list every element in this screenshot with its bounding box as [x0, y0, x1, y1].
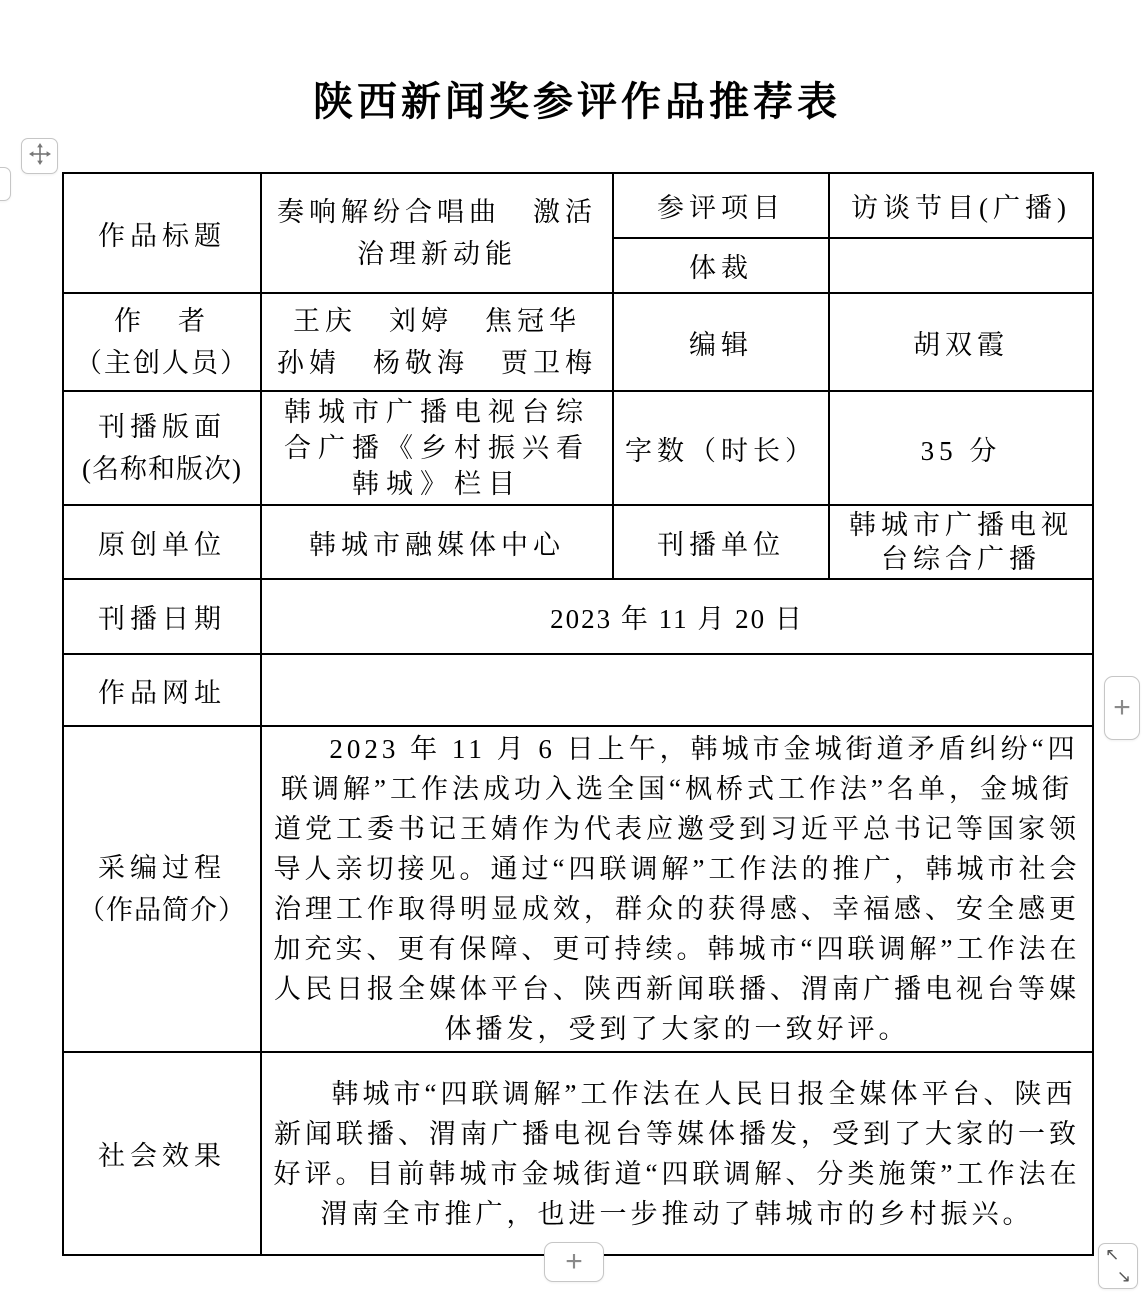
add-column-button[interactable]: +: [1104, 676, 1140, 740]
cell-label-publish-unit[interactable]: 刊播单位: [613, 505, 829, 579]
author-value-line2: 孙婧 杨敬海 贾卫梅: [270, 342, 604, 384]
add-row-button[interactable]: +: [544, 1242, 604, 1282]
cell-label-publication[interactable]: 刊播版面 (名称和版次): [63, 391, 261, 505]
cell-value-entry-category[interactable]: 访谈节目(广播): [829, 173, 1093, 238]
cell-value-work-url[interactable]: [261, 654, 1093, 726]
arrow-down-right-icon: ↘: [1117, 1267, 1131, 1287]
cell-label-publish-date[interactable]: 刊播日期: [63, 579, 261, 654]
move-icon: [28, 142, 52, 171]
page-title: 陕西新闻奖参评作品推荐表: [62, 70, 1092, 127]
cell-label-original-unit[interactable]: 原创单位: [63, 505, 261, 579]
author-label-line2: （主创人员）: [72, 342, 252, 384]
left-edge-partial-button[interactable]: [0, 167, 11, 201]
cell-label-genre[interactable]: 体裁: [613, 238, 829, 293]
cell-label-editor[interactable]: 编辑: [613, 293, 829, 391]
publication-label-line2: (名称和版次): [72, 448, 252, 490]
cell-label-work-url[interactable]: 作品网址: [63, 654, 261, 726]
table-resize-handle-button[interactable]: ↖ ↘: [1098, 1243, 1138, 1289]
cell-value-work-title[interactable]: 奏响解纷合唱曲 激活治理新动能: [261, 173, 613, 293]
arrow-up-left-icon: ↖: [1105, 1245, 1119, 1265]
cell-value-duration[interactable]: 35 分: [829, 391, 1093, 505]
process-label-line2: （作品简介）: [72, 889, 252, 931]
author-label-line1: 作 者: [72, 300, 252, 342]
cell-value-original-unit[interactable]: 韩城市融媒体中心: [261, 505, 613, 579]
cell-value-author[interactable]: 王庆 刘婷 焦冠华 孙婧 杨敬海 贾卫梅: [261, 293, 613, 391]
cell-value-social-effect[interactable]: 韩城市“四联调解”工作法在人民日报全媒体平台、陕西新闻联播、渭南广播电视台等媒体…: [261, 1052, 1093, 1255]
cell-label-social-effect[interactable]: 社会效果: [63, 1052, 261, 1255]
recommendation-table: 作品标题 奏响解纷合唱曲 激活治理新动能 参评项目 访谈节目(广播) 体裁 作 …: [62, 172, 1094, 1256]
cell-label-process[interactable]: 采编过程 （作品简介）: [63, 726, 261, 1052]
cell-label-author[interactable]: 作 者 （主创人员）: [63, 293, 261, 391]
plus-icon: +: [565, 1245, 583, 1279]
cell-value-publication[interactable]: 韩城市广播电视台综合广播《乡村振兴看韩城》栏目: [261, 391, 613, 505]
cell-value-publish-unit[interactable]: 韩城市广播电视台综合广播: [829, 505, 1093, 579]
cell-label-entry-category[interactable]: 参评项目: [613, 173, 829, 238]
cell-value-process[interactable]: 2023 年 11 月 6 日上午，韩城市金城街道矛盾纠纷“四联调解”工作法成功…: [261, 726, 1093, 1052]
cell-label-duration[interactable]: 字数（时长）: [613, 391, 829, 505]
cell-label-work-title[interactable]: 作品标题: [63, 173, 261, 293]
process-label-line1: 采编过程: [72, 847, 252, 889]
cell-value-editor[interactable]: 胡双霞: [829, 293, 1093, 391]
author-value-line1: 王庆 刘婷 焦冠华: [270, 300, 604, 342]
plus-icon: +: [1113, 691, 1131, 725]
publication-label-line1: 刊播版面: [72, 406, 252, 448]
table-move-handle-button[interactable]: [21, 138, 58, 174]
cell-value-genre[interactable]: [829, 238, 1093, 293]
cell-value-publish-date[interactable]: 2023 年 11 月 20 日: [261, 579, 1093, 654]
